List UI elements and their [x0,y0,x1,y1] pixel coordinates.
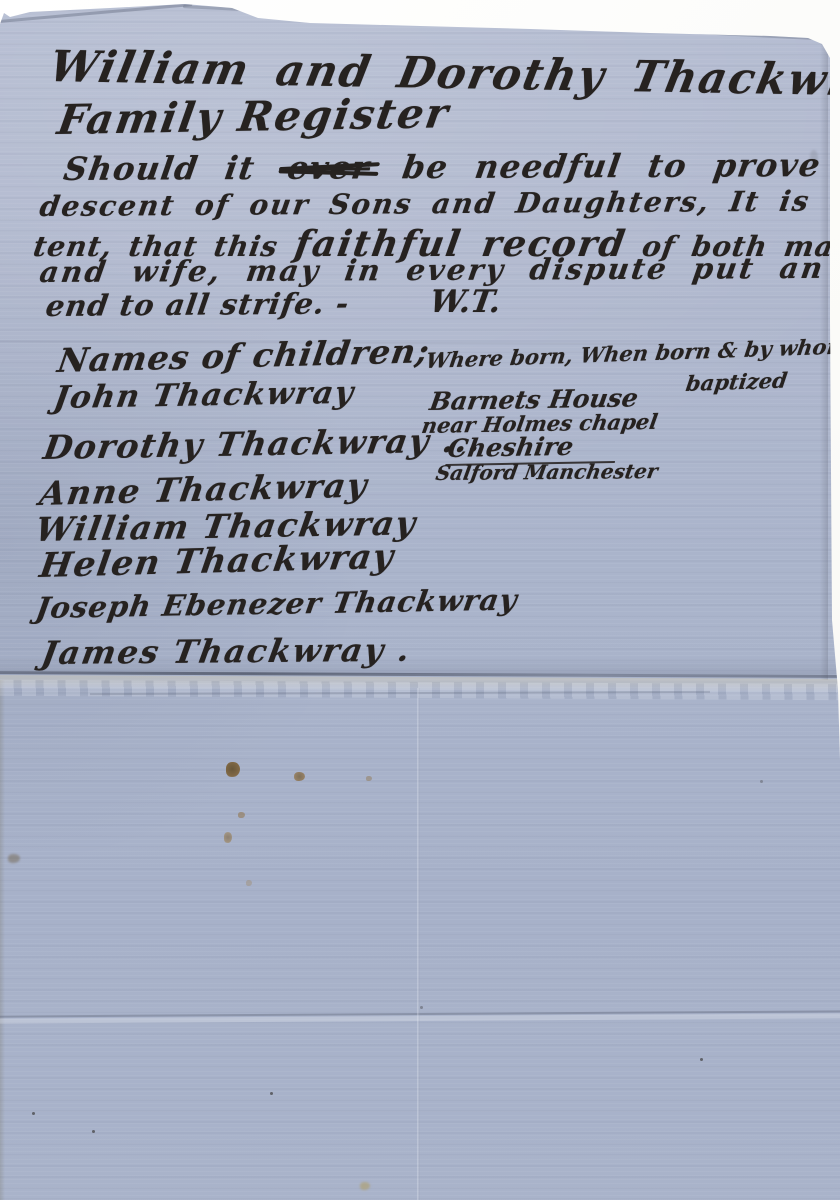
stain-spot [366,776,372,781]
paper-sheet: William and Dorothy Thackwray's Family R… [0,0,840,1200]
preamble-line-4: and wife, may in every dispute put an [38,254,827,287]
ink-speck [760,780,763,783]
stain-spot [294,772,305,781]
preamble-line1-post: be needful to prove the [373,146,840,187]
paper-left-edge-shadow [0,680,5,1200]
child-name-row: Dorothy Thackwray ... [41,423,484,464]
stain-spot [360,1182,370,1190]
stain-spot [224,832,232,843]
scan-background: William and Dorothy Thackwray's Family R… [0,0,840,1200]
fold-crumple-texture [0,680,840,700]
child-name-row: John Thackwray [52,378,357,414]
stain-spot [238,812,245,818]
preamble-line-1: Should it ever be needful to prove the [62,149,840,185]
ink-speck [32,1112,35,1115]
stain-spot [8,854,20,863]
child-name-row: Anne Thackwray [38,468,371,510]
horizontal-fold-crease [0,671,840,678]
document-title-line2: Family Register [55,93,453,141]
birthplace-line: Salford Manchester [434,461,659,483]
fold-secondary-line [90,691,710,695]
paper-right-edge-shadow [820,40,828,680]
struck-out-word: ever [279,148,379,186]
preamble-line-5: end to all strife. - [44,289,352,321]
child-name-row: Helen Thackwray [37,540,396,583]
paper-top-edge-shading [0,3,192,23]
lower-crease-line [0,1010,840,1017]
ink-speck [270,1092,273,1095]
details-column-header-line1: Where born, When born & by whom [425,335,840,371]
preamble-line-2: descent of our Sons and Daughters, It is… [38,187,840,221]
writer-initials: W.T. [428,287,504,318]
ink-speck [420,1006,423,1009]
lower-crease-highlight [0,1013,840,1023]
child-name-row: Joseph Ebenezer Thackwray [34,586,520,623]
children-column-header: Names of children; [56,334,433,377]
fold-highlight [0,675,840,692]
paper-top-edge-shading [183,5,832,41]
birthplace-line: Cheshire [446,433,619,461]
ink-speck [92,1130,95,1133]
ink-speck [700,1058,703,1061]
child-name-row: James Thackwray . [39,634,414,669]
preamble-line1-pre: Should it [61,149,285,188]
stain-spot [226,762,240,777]
details-column-header-line2: baptized [685,369,789,393]
stain-spot [246,880,252,886]
vertical-crease-line [417,688,420,1200]
